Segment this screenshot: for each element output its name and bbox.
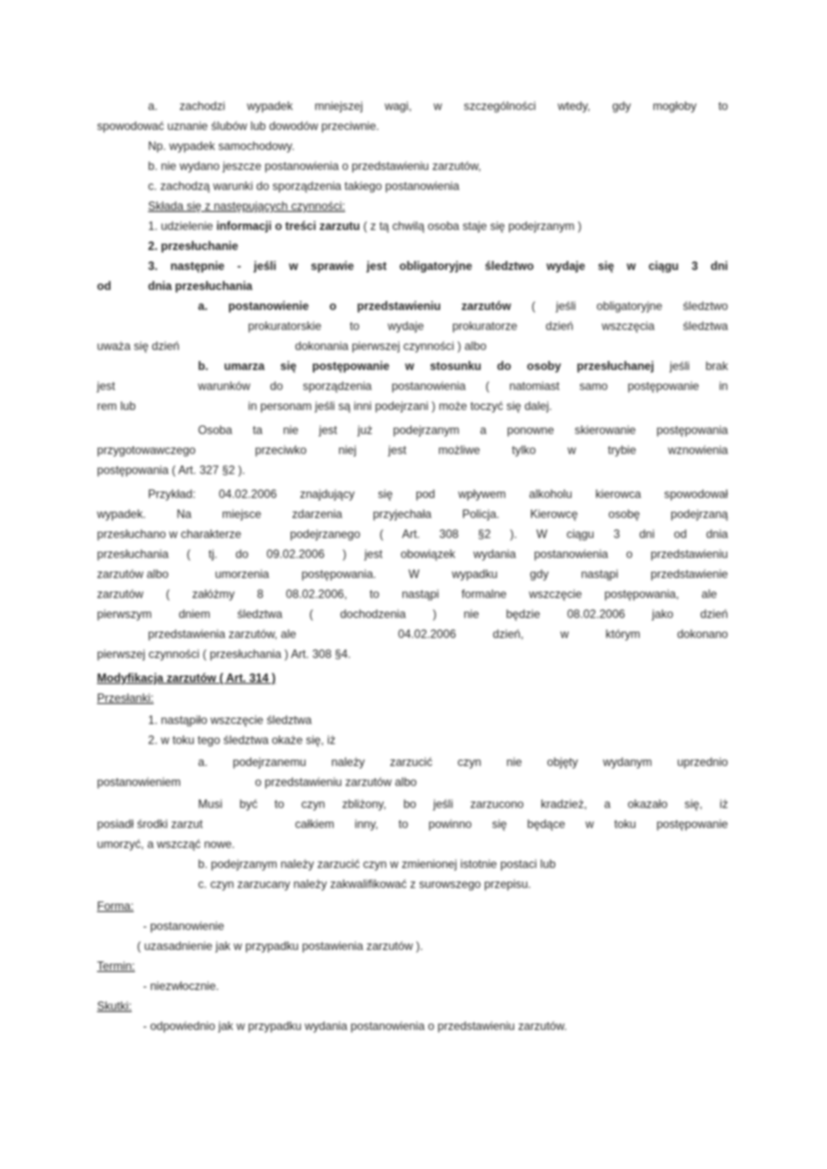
mod-note-line3: umorzyć, a wszcząć nowe.	[97, 838, 235, 852]
note-line2-left: przygotowawczego	[97, 444, 196, 458]
step-3-line2-left: od	[97, 280, 111, 294]
mod-item-1: 1. nastąpiło wszczęcie śledztwa	[148, 714, 312, 728]
deadline-heading: Termin:	[97, 960, 135, 974]
note-line3: postępowania ( Art. 327 §2 ).	[97, 464, 245, 478]
sub-b-rest: jeśli brak	[654, 360, 728, 373]
document-page: a. zachodzi wypadek mniejszej wagi, w sz…	[0, 0, 827, 1169]
form-heading: Forma:	[97, 900, 134, 914]
sub-b-line2-right: warunków do sporządzenia postanowienia (…	[198, 380, 728, 394]
example-line9: pierwszej czynności ( przesłuchania ) Ar…	[97, 648, 351, 662]
mod-item-2: 2. w toku tego śledztwa okaże się, iż	[148, 734, 336, 748]
example-line7: pierwszym dniem śledztwa ( dochodzenia )…	[97, 608, 728, 622]
example-line6: zarzutów ( załóżmy 8 08.02.2006, to nast…	[97, 588, 717, 602]
example-line3-left: przesłuchano w charakterze	[97, 528, 241, 542]
step-1-suffix: ( z tą chwilą osoba staje się podejrzany…	[360, 220, 582, 233]
steps-heading: Składa się z następujących czynności:	[148, 200, 345, 214]
sub-b-bold: b. umarza się postępowanie w stosunku do…	[198, 360, 654, 373]
sub-b-line3-left: rem lub	[97, 400, 136, 414]
sub-b-line2-left: jest	[97, 380, 115, 394]
modification-heading: Modyfikacja zarzutów ( Art. 314 )	[97, 672, 276, 686]
example-line8-left: przedstawienia zarzutów, ale	[148, 628, 296, 642]
effects-line1: - odpowiednio jak w przypadku wydania po…	[143, 1020, 567, 1034]
example-line2: wypadek. Na miejsce zdarzenia przyjechał…	[97, 508, 728, 522]
example-line5-left: zarzutów albo	[97, 568, 169, 582]
sub-a-line2: prokuratorskie to wydaje prokuratorze dz…	[248, 320, 728, 334]
step-1-bold: informacji o treści zarzutu	[216, 220, 360, 233]
mod-sub-b: b. podejrzanym należy zarzucić czyn w zm…	[198, 858, 556, 872]
item-c: c. zachodzą warunki do sporządzenia taki…	[148, 180, 459, 194]
mod-note-line2-right: całkiem inny, to powinno się będące w to…	[295, 818, 728, 832]
sub-a-line3-left: uważa się dzień	[97, 340, 180, 354]
mod-sub-a-line1: a. podejrzanemu należy zarzucić czyn nie…	[198, 756, 728, 770]
example-line4: przesłuchania ( tj. do 09.02.2006 ) jest…	[97, 548, 728, 562]
effects-heading: Skutki:	[97, 1000, 132, 1014]
item-a-line1: a. zachodzi wypadek mniejszej wagi, w sz…	[148, 100, 728, 114]
mod-sub-a-line2-right: o przedstawieniu zarzutów albo	[255, 776, 417, 790]
form-line1: - postanowienie	[143, 920, 224, 934]
item-a-line2: spowodować uznanie ślubów lub dowodów pr…	[97, 120, 379, 134]
sub-a-line3-right: dokonania pierwszej czynności ) albo	[295, 340, 486, 354]
example-line8-mid: 04.02.2006 dzień, w którym dokonano	[398, 628, 728, 642]
note-line1: Osoba ta nie jest już podejrzanym a pono…	[198, 424, 728, 438]
example-label: Np. wypadek samochodowy.	[148, 140, 295, 154]
example-line3-right: podejrzanego ( Art. 308 §2 ). W ciągu 3 …	[290, 528, 728, 542]
sub-a-bold: a. postanowienie o przedstawieniu zarzut…	[198, 300, 511, 313]
mod-note-line1: Musi być to czyn zbliżony, bo jeśli zarz…	[198, 798, 728, 812]
mod-sub-c: c. czyn zarzucany należy zakwalifikować …	[198, 878, 531, 892]
sub-a-rest: ( jeśli obligatoryjne śledztwo	[511, 300, 728, 313]
prerequisites-heading: Przesłanki:	[97, 692, 154, 706]
form-line2: ( uzasadnienie jak w przypadku postawien…	[137, 940, 423, 954]
sub-b-line3-right: in personam jeśli są inni podejrzani ) m…	[248, 400, 552, 414]
example-line1: Przykład: 04.02.2006 znajdujący się pod …	[148, 488, 728, 502]
deadline-line1: - niezwłocznie.	[143, 980, 219, 994]
mod-note-line2-left: posiadł środki zarzut	[97, 818, 203, 832]
example-line5-right: umorzenia postępowania. W wypadku gdy na…	[215, 568, 728, 582]
sub-b-line1: b. umarza się postępowanie w stosunku do…	[198, 360, 728, 374]
item-b: b. nie wydano jeszcze postanowienia o pr…	[148, 160, 481, 174]
mod-sub-a-line2-left: postanowieniem	[97, 776, 181, 790]
step-1: 1. udzielenie informacji o treści zarzut…	[148, 220, 582, 234]
step-3-line1: 3. następnie - jeśli w sprawie jest obli…	[148, 260, 728, 274]
step-2: 2. przesłuchanie	[148, 240, 238, 254]
sub-a-line1: a. postanowienie o przedstawieniu zarzut…	[198, 300, 728, 314]
step-1-prefix: 1. udzielenie	[148, 220, 216, 233]
note-line2-right: przeciwko niej jest możliwe tylko w tryb…	[255, 444, 728, 458]
step-3-line2-right: dnia przesłuchania	[148, 280, 252, 294]
